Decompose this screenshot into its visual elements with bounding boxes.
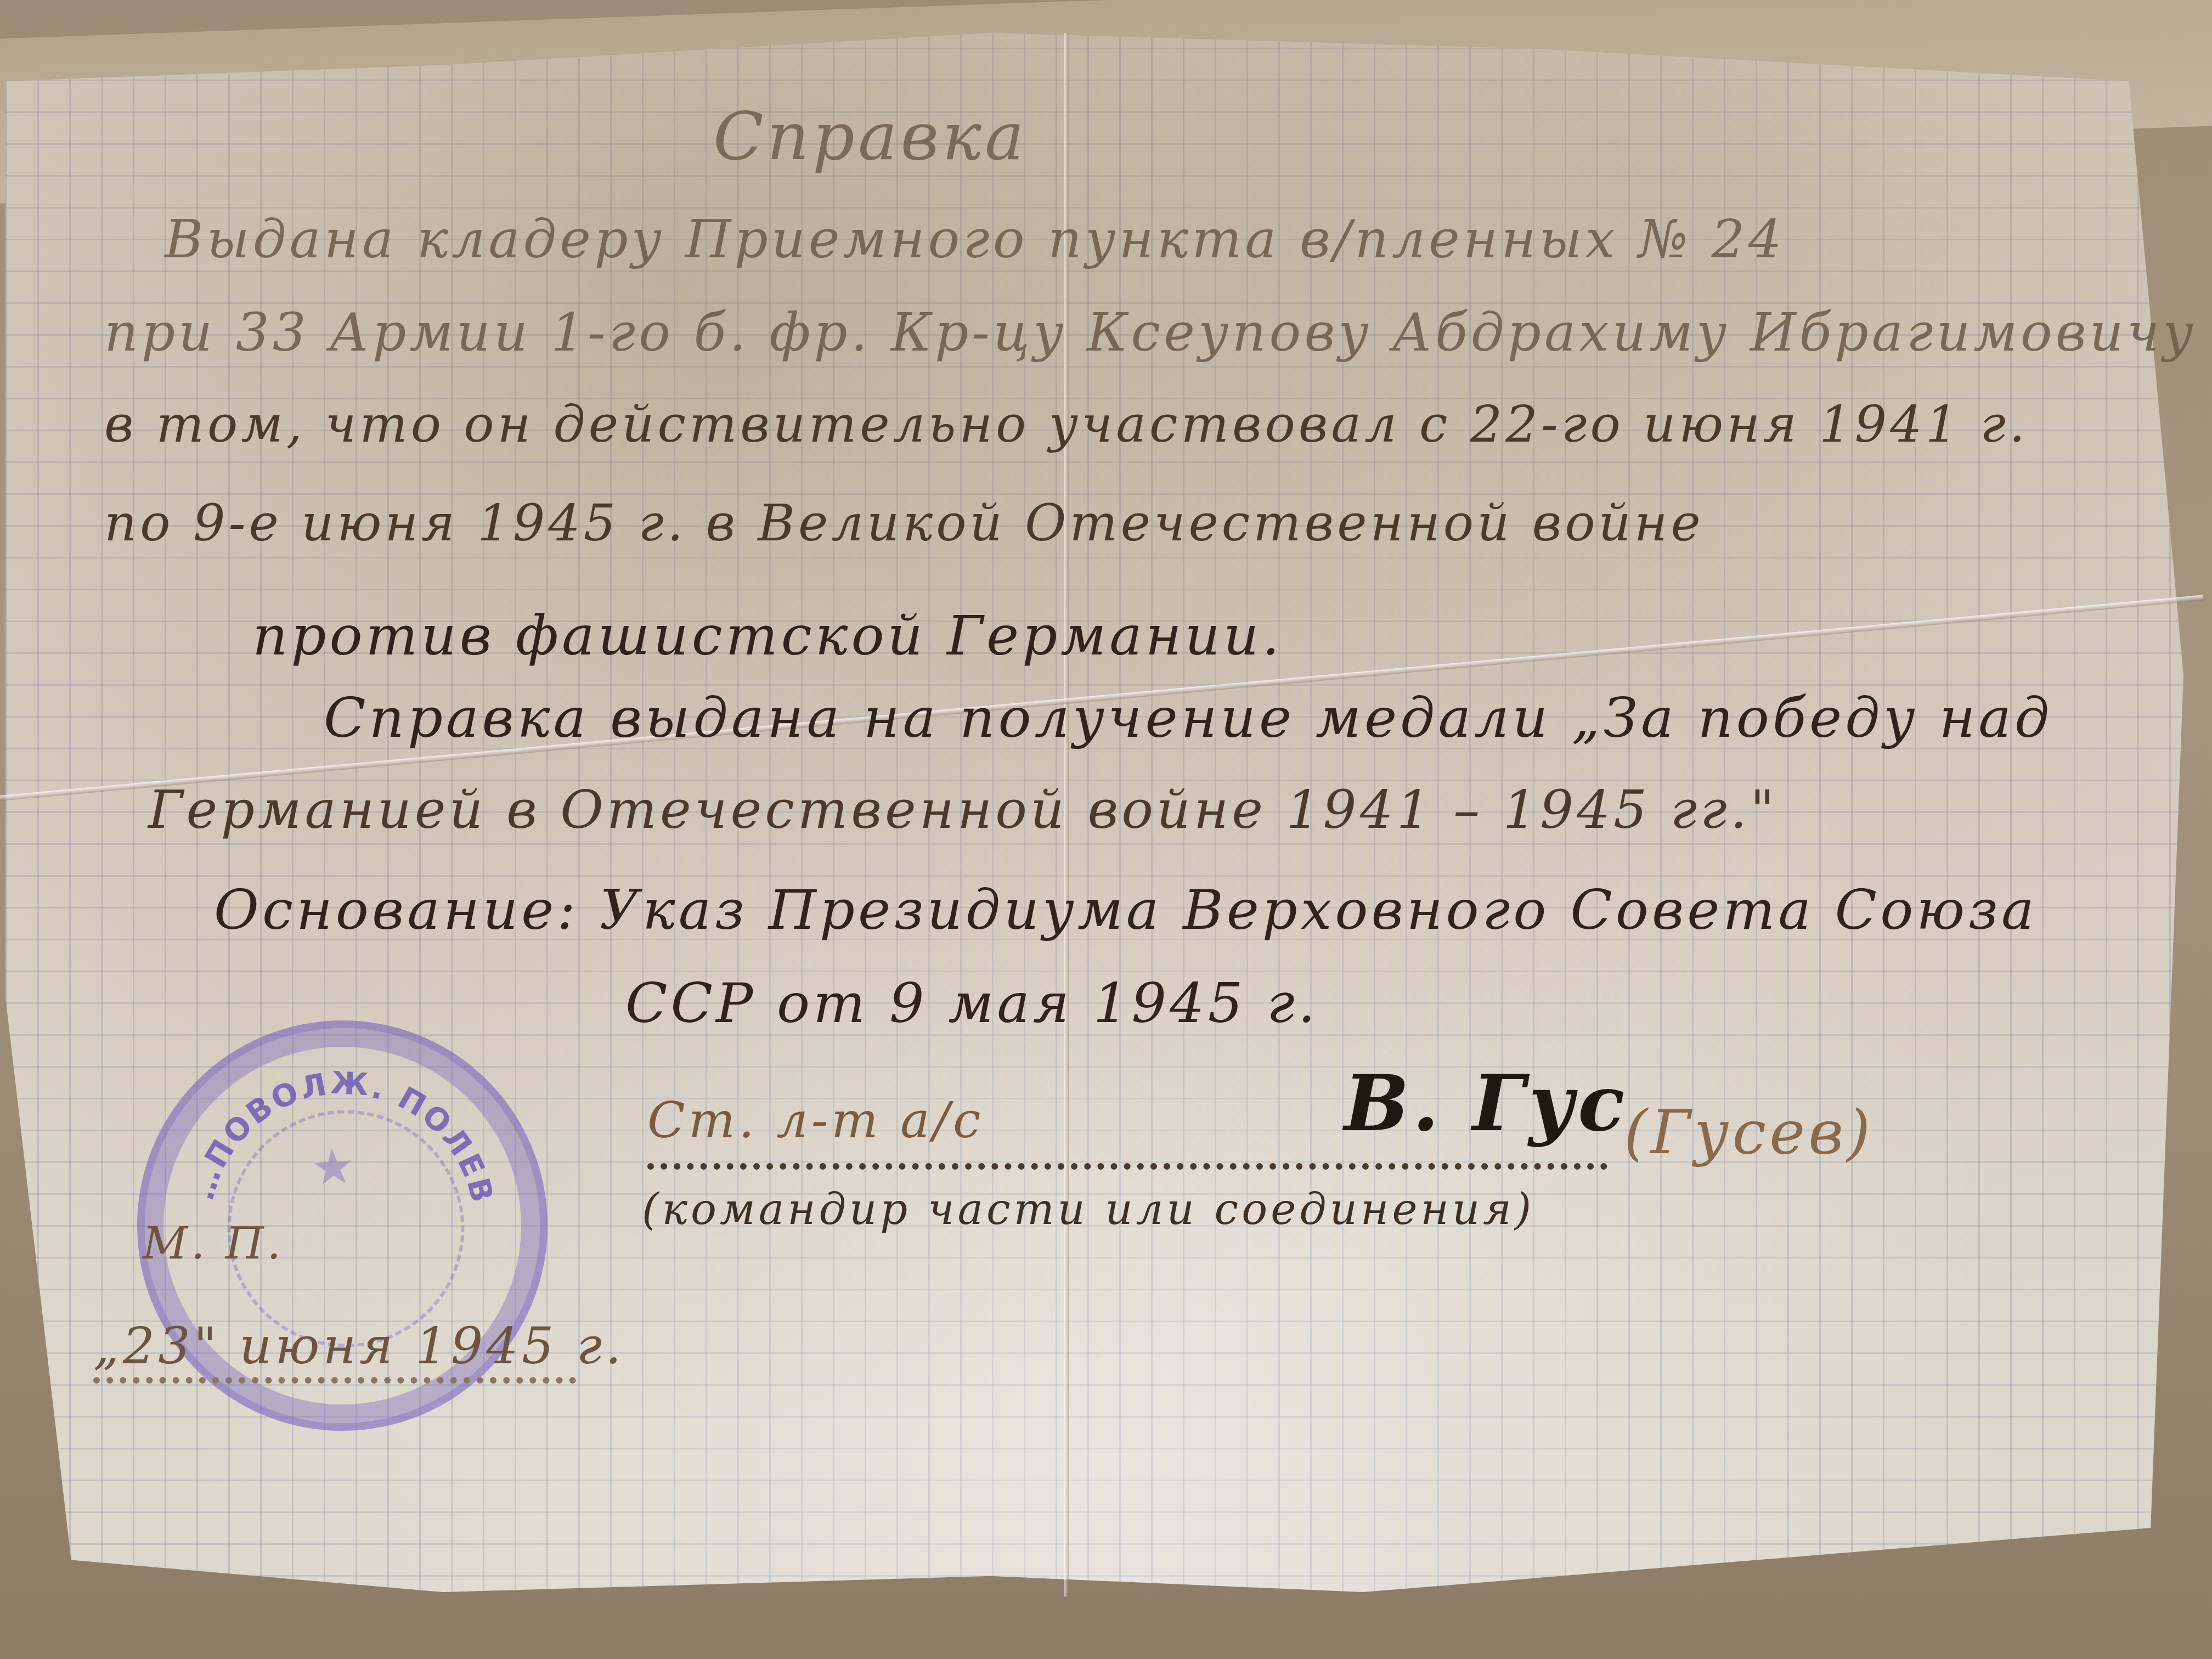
body-line: при 33 Армии 1-го б. фр. Кр-цу Ксеупову …	[104, 302, 2197, 363]
stamp-place-label: М. П.	[143, 1218, 284, 1269]
signature-caption: (командир части или соединения)	[642, 1185, 1534, 1234]
body-line: Выдана кладеру Приемного пункта в/пленны…	[165, 208, 1785, 270]
body-line: в том, что он действительно участвовал с…	[104, 395, 2028, 454]
body-line: Справка выдана на получение медали „За п…	[324, 686, 2052, 750]
signer-name: (Гусев)	[1624, 1097, 1874, 1167]
document-title: Справка	[713, 99, 1028, 175]
svg-text:…ПОВОЛЖ. ПОЛЕВАЯ ПОЧТА: …ПОВОЛЖ. ПОЛЕВАЯ ПОЧТА	[132, 1015, 501, 1232]
issue-date: „23" июня 1945 г.	[93, 1317, 624, 1375]
date-dotted-line	[93, 1377, 576, 1384]
signature-dotted-line	[647, 1163, 1607, 1170]
stamp-text: …ПОВОЛЖ. ПОЛЕВАЯ ПОЧТА	[132, 1015, 501, 1232]
signature-block: Ст. л-т а/с В. Гус (Гусев)	[647, 1092, 1635, 1174]
photo-background: Справка Выдана кладеру Приемного пункта …	[0, 0, 2212, 1659]
body-line: Германией в Отечественной войне 1941 – 1…	[148, 779, 1778, 840]
body-line: против фашистской Германии.	[252, 603, 1283, 668]
body-line: по 9-е июня 1945 г. в Великой Отечествен…	[104, 494, 1704, 552]
signature-mark: В. Гус	[1344, 1059, 1628, 1149]
basis-line: ССР от 9 мая 1945 г.	[625, 971, 1318, 1035]
basis-line: Основание: Указ Президиума Верховного Со…	[214, 878, 2038, 942]
signer-rank: Ст. л-т а/с	[647, 1092, 984, 1149]
